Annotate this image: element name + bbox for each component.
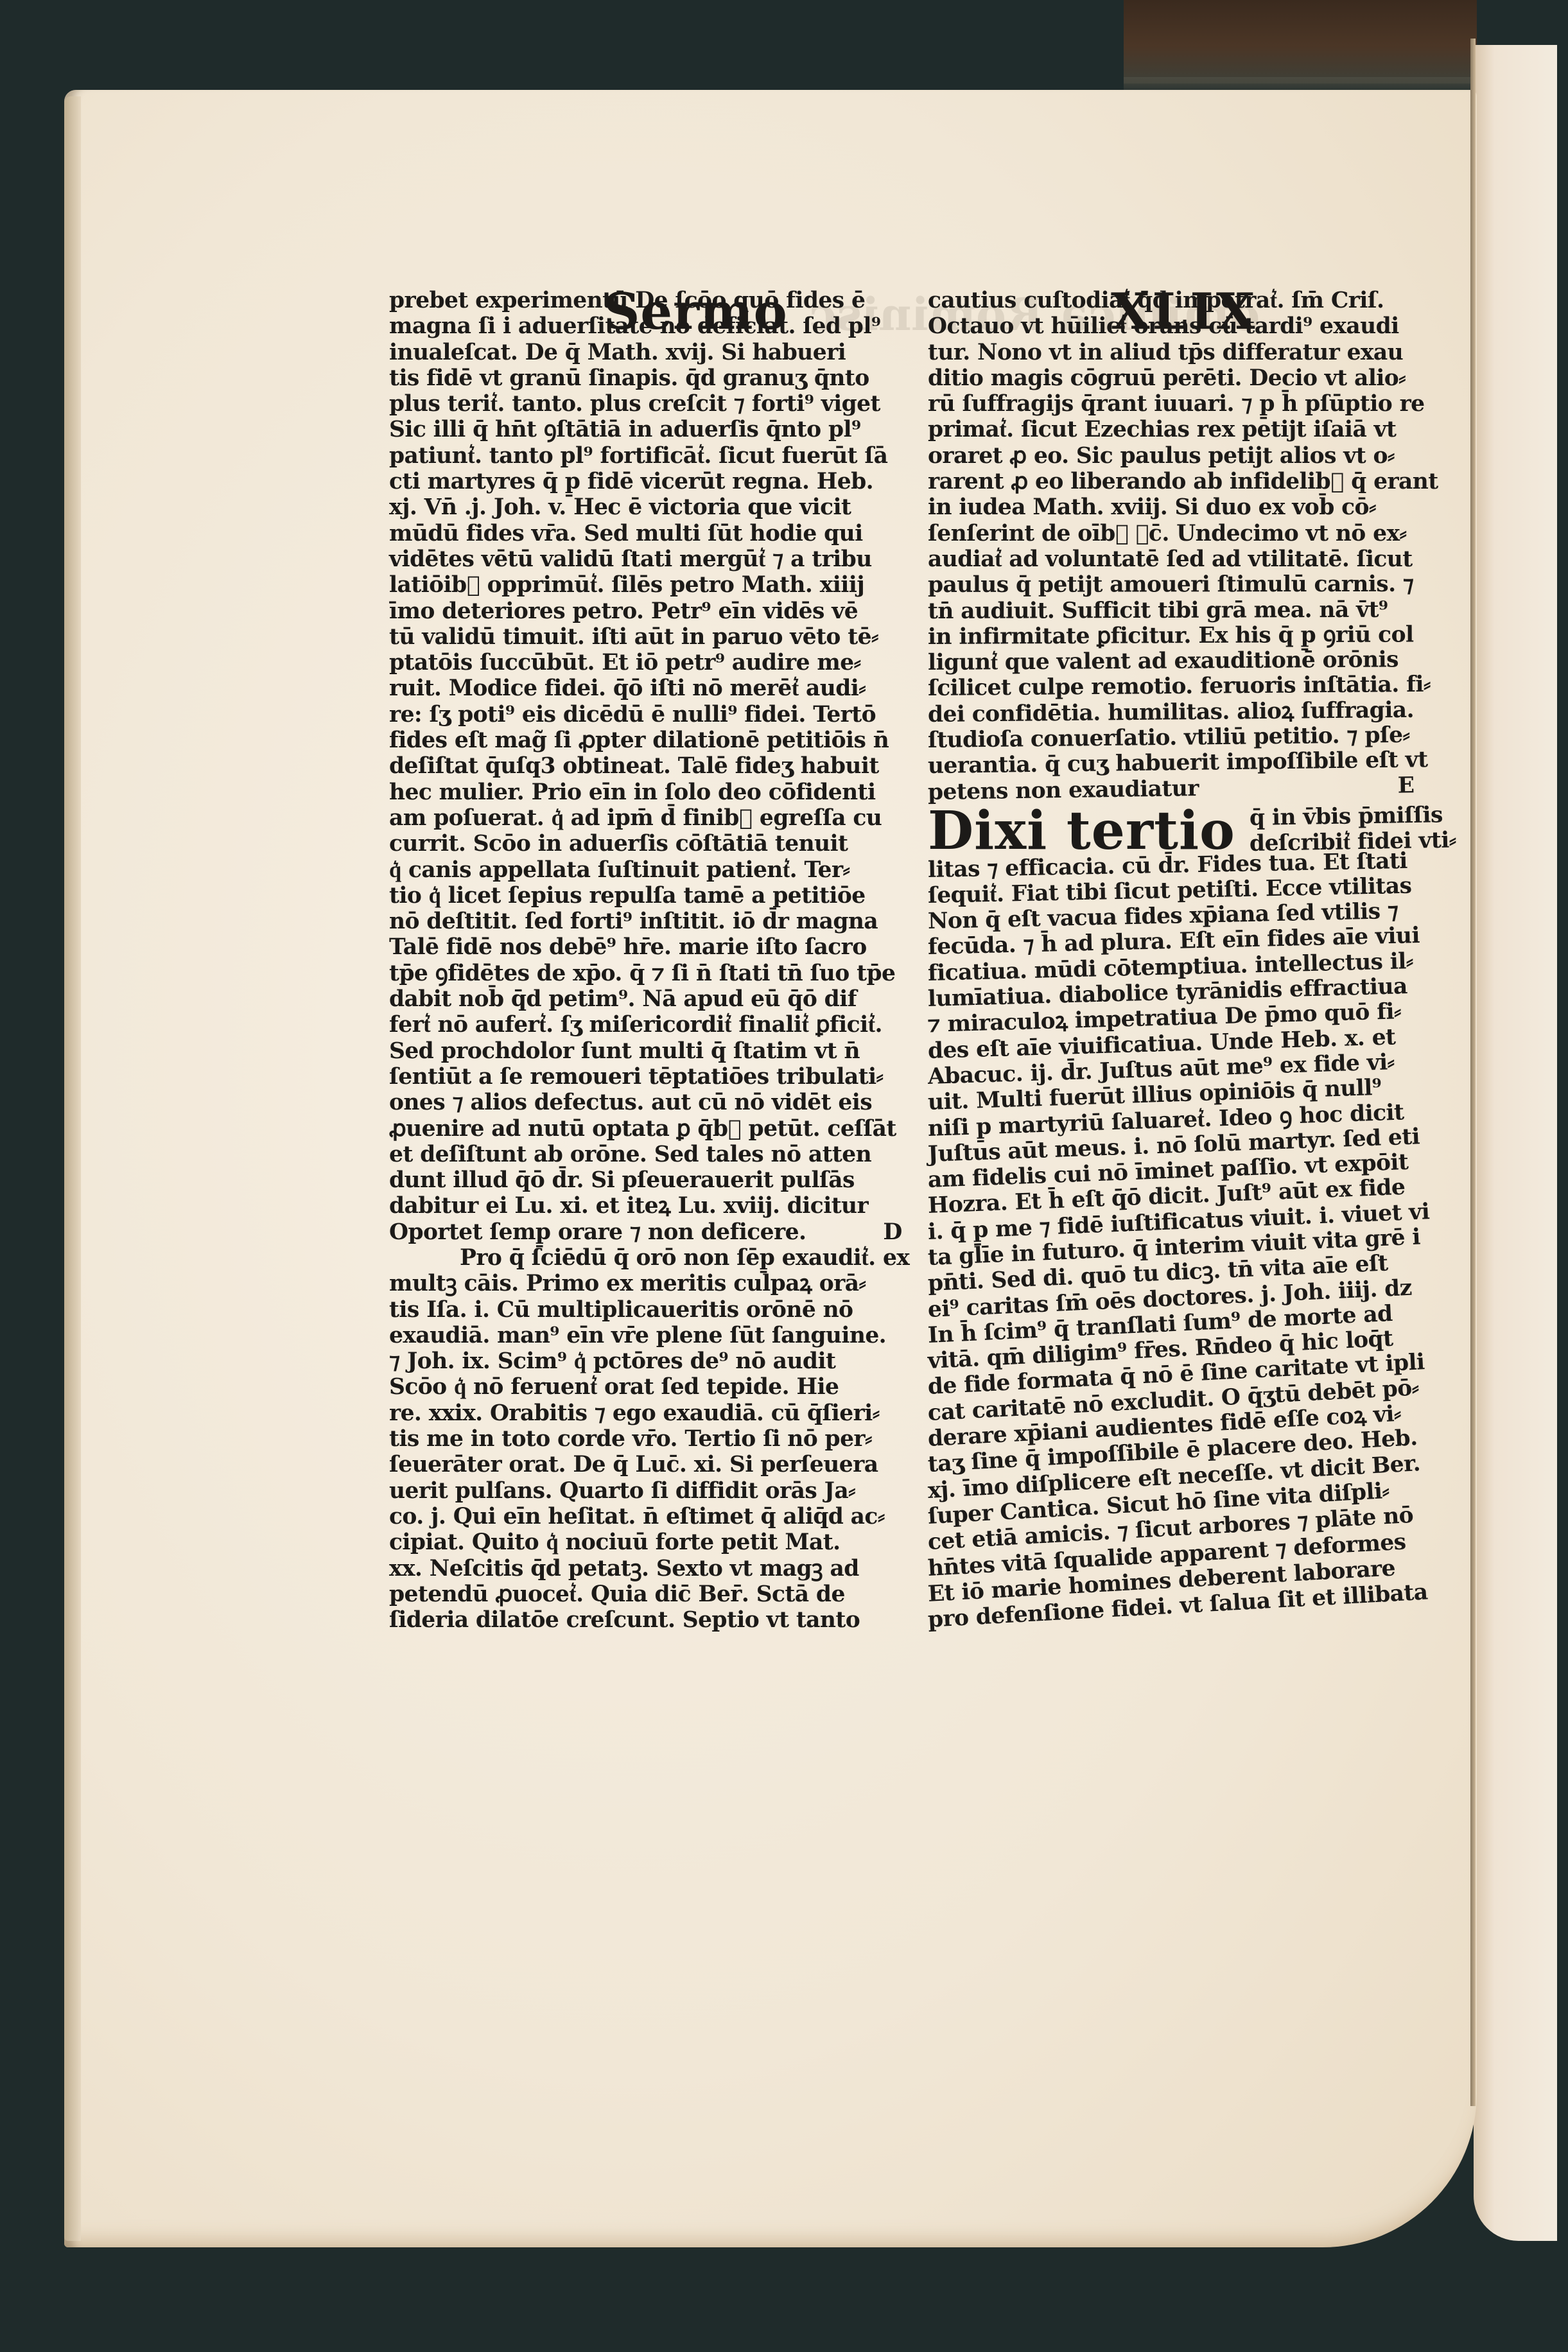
text-line: ꝓuenire ad nutū optata ꝑ q̄b᷒ petūt. ceſ… [389, 1116, 896, 1142]
text-line: ligunt͛ que valent ad exauditionē orōnis [928, 647, 1429, 675]
text-line: nō deſtitit. ſed forti⁹ inſtitit. iō d̄r… [389, 909, 896, 934]
text-line: oraret ꝓ eo. Sic paulus petijt alios vt … [928, 443, 1429, 469]
text-line: fert͛ nō aufert͛. ſʒ miſericordit͛ final… [389, 1012, 896, 1038]
text-line: q͛ canis appellata ſuſtinuit patient͛. T… [389, 857, 896, 883]
text-line: tn̄ audiuit. Sufficit tibi grā mea. nā v… [928, 597, 1429, 624]
text-line: tio q͛ licet ſepius repulſa tamē a petit… [389, 883, 896, 909]
text-line: tur. Nono vt in aliud tp̄s differatur ex… [928, 340, 1429, 365]
text-line: patiunt͛. tanto pl⁹ fortificāt͛. ſicut f… [389, 443, 896, 469]
large-initial-heading: Dixi tertio [928, 805, 1235, 857]
text-line: inualeſcat. De q̄ Math. xvij. Si habueri [389, 340, 896, 365]
text-line: xj. Vn̄ .j. Joh. v. Hec ē victoria que v… [389, 494, 896, 520]
text-line: tis Iſa. i. Cū multiplicaueritis orōnē n… [389, 1297, 896, 1323]
text-line: magna ſi i aduerſitate nō deficiat. ſed … [389, 313, 896, 339]
text-line: audiat͛ ad voluntatē ſed ad vtilitatē. ſ… [928, 546, 1429, 572]
signature-mark: D [883, 1219, 902, 1245]
text-line: petendū ꝓuocet͛. Quia dic̄ Ber̄. Sctā de [389, 1581, 896, 1607]
text-line: prebet experimentū De ſcōo quō fides ē [389, 288, 896, 313]
text-line: primat͛. ſicut Ezechias rex petijt iſaiā… [928, 417, 1429, 442]
text-line: ptatōis ſuccūbūt. Et iō petr⁹ audire me⸗ [389, 650, 896, 675]
page-edge-left [64, 96, 81, 2241]
text-column-left: prebet experimentū De ſcōo quō fides ēma… [389, 288, 896, 1633]
text-line: ones ⁊ alios defectus. aut cū nō vidēt e… [389, 1090, 896, 1115]
text-line: deſiſtat q̄uſq3 obtineat. Talē fideʒ hab… [389, 753, 896, 779]
text-line: vidētes vētū validū ſtati mergūt͛ ⁊ a tr… [389, 546, 896, 572]
text-line: mūdū fides vr̄a. Sed multi ſūt hodie qui [389, 521, 896, 546]
text-line: rarent ꝓ eo liberando ab infidelib᷒ q̄ e… [928, 469, 1429, 494]
text-line: tis fidē vt granū ſinapis. q̄d granuʒ q̄… [389, 365, 896, 391]
text-line: fides eſt mag̃ ſi ꝓpter dilationē petiti… [389, 727, 896, 753]
text-line: re: ſʒ poti⁹ eis dicēdū ē nulli⁹ fidei. … [389, 702, 896, 727]
text-line: īmo deteriores petro. Petr⁹ eīn vidēs vē [389, 598, 896, 624]
signature-mark: E [1397, 772, 1414, 799]
text-line: multꝫ cāis. Primo ex meritis culpaꝝ orā⸗ [389, 1271, 896, 1296]
book-binding-top [1124, 0, 1477, 83]
text-column-right: cautius cuſtodiat͛ q̄d impetrat͛. ſm̄ Cr… [928, 288, 1429, 1633]
text-line: tis me in toto corde vr̄o. Tertio ſi nō … [389, 1426, 896, 1452]
text-line: exaudiā. man⁹ eīn vr̄e plene ſūt ſanguin… [389, 1323, 896, 1348]
text-line: ſideria dilatōe creſcunt. Septio vt tant… [389, 1607, 896, 1633]
text-line: Pro q̄ ſciēdū q̄ orō non ſēp̱ exaudit͛. … [389, 1245, 896, 1271]
text-line: Octauo vt hūilict͛ orans cū tardi⁹ exaud… [928, 313, 1429, 339]
text-line: re. xxix. Orabitis ⁊ ego exaudiā. cū q̄ſ… [389, 1400, 896, 1426]
text-line: ⁊ Joh. ix. Scim⁹ q͛ pctōres de⁹ nō audit [389, 1348, 896, 1374]
text-line: q̄ in v̄bis p̄miſſis [1250, 802, 1456, 831]
text-line: dabitur ei Lu. xi. et iteꝝ Lu. xviij. di… [389, 1193, 896, 1219]
text-line: plus terit͛. tanto. plus creſcit ⁊ forti… [389, 391, 896, 417]
text-line: Sic illi q̄ hn̄t ꝯſtātiā in aduerſis q̄n… [389, 417, 896, 442]
text-line: dabit nob̄ q̄d petim⁹. Nā apud eū q̄ō di… [389, 986, 896, 1012]
text-line: tū validū timuit. iſti aūt in paruo vēto… [389, 624, 896, 650]
text-line: in iudea Math. xviij. Si duo ex vob̄ cō⸗ [928, 494, 1429, 520]
text-line: tp̄e ꝯfidētes de xp̄o. q̄ ⁊ ſi n̄ ſtati … [389, 961, 896, 986]
text-line: rū ſuffragijs q̄rant iuuari. ⁊ p̱ h̄ pſū… [928, 391, 1429, 417]
text-line: cti martyres q̄ p̱ fidē vicerūt regna. H… [389, 469, 896, 494]
facing-page-edge [1474, 45, 1557, 2241]
text-line: Talē fidē nos debē⁹ hr̄e. marie iſto ſac… [389, 934, 896, 960]
text-line: Oportet ſemp̱ orare ⁊ non deficere.D [389, 1219, 896, 1245]
text-line: et deſiſtunt ab orōne. Sed tales nō atte… [389, 1142, 896, 1167]
text-line: cautius cuſtodiat͛ q̄d impetrat͛. ſm̄ Cr… [928, 288, 1429, 313]
text-line: hec mulier. Prio eīn in ſolo deo cōfiden… [389, 780, 896, 805]
text-line: ſenſerint de oīb᷒ ⁊c̄. Undecimo vt nō ex… [928, 521, 1429, 546]
text-line: dunt illud q̄ō d̄r. Si pſeuerauerit pulſ… [389, 1167, 896, 1193]
text-line: cipiat. Quito q͛ nociuū forte petit Mat. [389, 1529, 896, 1555]
text-line: Sed prochdolor ſunt multi q̄ ſtatim vt n… [389, 1038, 896, 1064]
text-line: xx. Neſcitis q̄d petatꝫ. Sexto vt magꝫ a… [389, 1556, 896, 1581]
text-line: ditio magis cōgruū perēti. Decio vt alio… [928, 365, 1429, 391]
text-line: ſentiūt a ſe remoueri tēptatiōes tribula… [389, 1064, 896, 1090]
text-line: am poſuerat. q͛ ad ipm̄ d̄ finib᷒ egreſſ… [389, 805, 896, 831]
text-line: latiōib᷒ opprimūt͛. ſilēs petro Math. xi… [389, 572, 896, 598]
text-line: in infirmitate ꝑficitur. Ex his q̄ p̱ ꝯr… [928, 622, 1429, 650]
text-line: currit. Scōo in aduerſis cōſtātiā tenuit [389, 831, 896, 857]
text-line: Scōo q͛ nō feruent͛ orat ſed tepide. Hie [389, 1374, 896, 1400]
text-line: paulus q̄ petijt amoueri ſtimulū carnis.… [928, 571, 1429, 598]
text-line: uerit pulſans. Quarto ſi diffidit orās J… [389, 1478, 896, 1504]
text-line: co. j. Qui eīn heſitat. n̄ eſtimet q̄ al… [389, 1504, 896, 1529]
text-line: ruit. Modice fidei. q̄ō iſti nō merēt͛ a… [389, 675, 896, 701]
text-line: ſeuerāter orat. De q̄ Luc̄. xi. Si perſe… [389, 1452, 896, 1477]
gutter-fold [1470, 39, 1476, 2106]
